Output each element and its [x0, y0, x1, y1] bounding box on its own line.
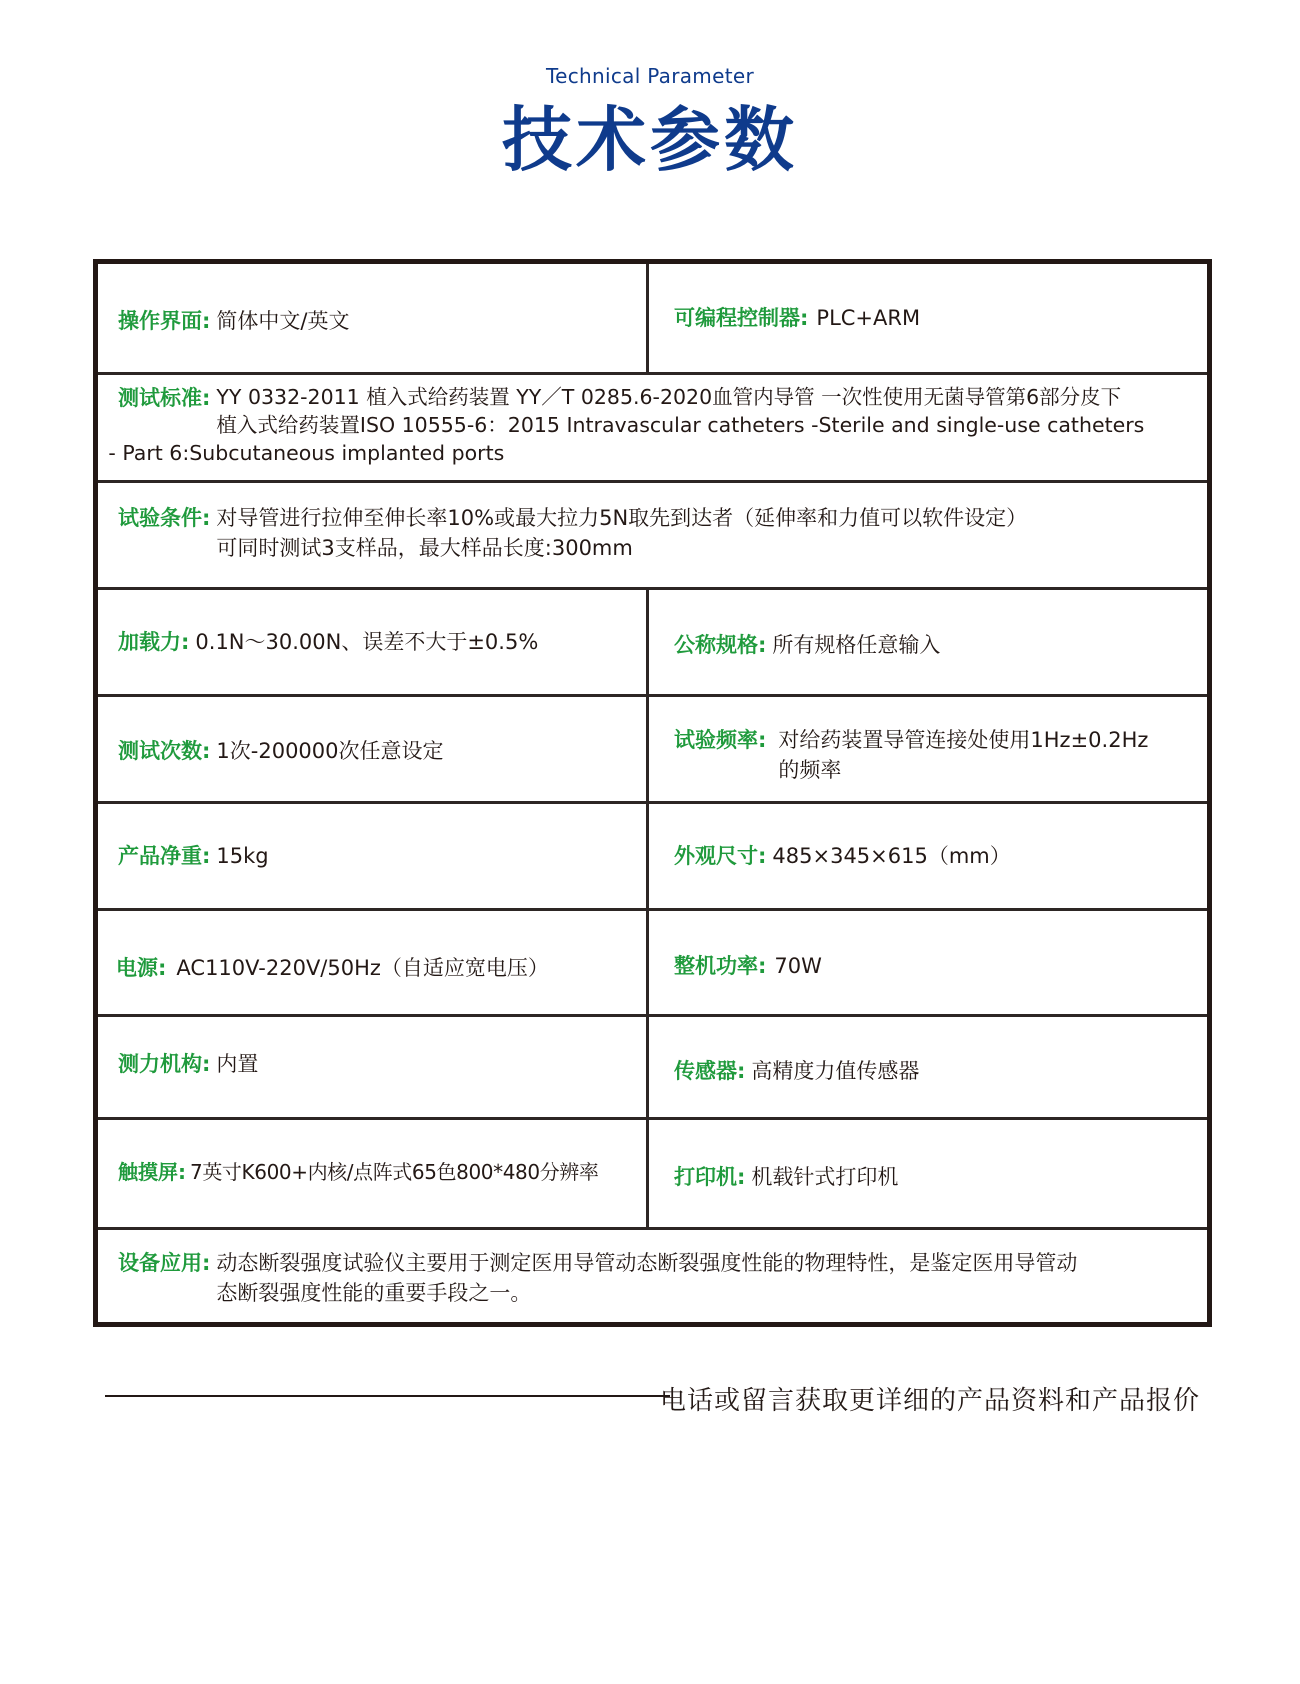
- spec-row: 触摸屏: 7英寸K600+内核/点阵式65色800*480分辨率 打印机: 机载…: [98, 1120, 1207, 1230]
- page-subtitle: Technical Parameter: [0, 64, 1300, 88]
- spec-value: 0.1N～30.00N、误差不大于±0.5%: [195, 627, 538, 657]
- spec-row: 加载力: 0.1N～30.00N、误差不大于±0.5% 公称规格: 所有规格任意…: [98, 590, 1207, 697]
- spec-label: 触摸屏:: [118, 1157, 186, 1187]
- spec-row: 试验条件: 对导管进行拉伸至伸长率10%或最大拉力5N取先到达者（延伸率和力值可…: [98, 483, 1207, 590]
- spec-label: 试验条件:: [118, 503, 210, 533]
- spec-value-line: YY 0332-2011 植入式给药装置 YY／T 0285.6-2020血管内…: [216, 383, 1144, 411]
- spec-value-line: 可同时测试3支样品，最大样品长度:300mm: [216, 533, 1027, 563]
- spec-value: 对导管进行拉伸至伸长率10%或最大拉力5N取先到达者（延伸率和力值可以软件设定）…: [216, 503, 1027, 563]
- spec-cell-controller: 可编程控制器: PLC+ARM: [649, 264, 1207, 372]
- spec-value-line: 植入式给药装置ISO 10555-6：2015 Intravascular ca…: [216, 411, 1144, 439]
- spec-label: 可编程控制器:: [674, 303, 808, 333]
- footer-contact-text: 电话或留言获取更详细的产品资料和产品报价: [660, 1380, 1200, 1417]
- spec-value: 70W: [774, 951, 822, 981]
- spec-cell-application: 设备应用: 动态断裂强度试验仪主要用于测定医用导管动态断裂强度性能的物理特性，是…: [98, 1230, 1207, 1322]
- spec-cell-power-supply: 电源: AC110V-220V/50Hz（自适应宽电压）: [98, 911, 649, 1014]
- spec-label: 公称规格:: [674, 630, 766, 660]
- spec-cell-sensor: 传感器: 高精度力值传感器: [649, 1017, 1207, 1117]
- spec-value: 内置: [216, 1049, 258, 1079]
- spec-label: 测试标准:: [118, 383, 210, 413]
- spec-value: 所有规格任意输入: [772, 630, 940, 660]
- spec-value: 15kg: [216, 841, 268, 871]
- spec-cell-test-count: 测试次数: 1次-200000次任意设定: [98, 697, 649, 801]
- spec-label: 测试次数:: [118, 736, 210, 766]
- page-title: 技术参数: [0, 98, 1300, 182]
- spec-row: 操作界面: 简体中文/英文 可编程控制器: PLC+ARM: [98, 264, 1207, 375]
- spec-cell-load: 加载力: 0.1N～30.00N、误差不大于±0.5%: [98, 590, 649, 694]
- spec-cell-frequency: 试验频率: 对给药装置导管连接处使用1Hz±0.2Hz 的频率: [649, 697, 1207, 801]
- spec-value: PLC+ARM: [816, 303, 920, 333]
- spec-label: 打印机:: [674, 1162, 745, 1192]
- spec-label: 加载力:: [118, 627, 189, 657]
- spec-value: 简体中文/英文: [216, 306, 349, 336]
- spec-value-line: 的频率: [778, 755, 1148, 785]
- spec-value: 机载针式打印机: [751, 1162, 898, 1192]
- spec-value: 高精度力值传感器: [751, 1056, 919, 1086]
- spec-value-line: 动态断裂强度试验仪主要用于测定医用导管动态断裂强度性能的物理特性，是鉴定医用导管…: [216, 1248, 1077, 1278]
- footer-divider: [105, 1395, 670, 1397]
- spec-cell-interface: 操作界面: 简体中文/英文: [98, 264, 649, 372]
- spec-cell-nominal-spec: 公称规格: 所有规格任意输入: [649, 590, 1207, 694]
- spec-value-line: 对导管进行拉伸至伸长率10%或最大拉力5N取先到达者（延伸率和力值可以软件设定）: [216, 503, 1027, 533]
- spec-label: 设备应用:: [118, 1248, 210, 1278]
- spec-row: 产品净重: 15kg 外观尺寸: 485×345×615（mm）: [98, 804, 1207, 911]
- spec-cell-force-mechanism: 测力机构: 内置: [98, 1017, 649, 1117]
- spec-value: 7英寸K600+内核/点阵式65色800*480分辨率: [190, 1157, 599, 1187]
- spec-row: 电源: AC110V-220V/50Hz（自适应宽电压） 整机功率: 70W: [98, 911, 1207, 1017]
- spec-cell-power: 整机功率: 70W: [649, 911, 1207, 1014]
- spec-cell-touchscreen: 触摸屏: 7英寸K600+内核/点阵式65色800*480分辨率: [98, 1120, 649, 1227]
- spec-row: 设备应用: 动态断裂强度试验仪主要用于测定医用导管动态断裂强度性能的物理特性，是…: [98, 1230, 1207, 1322]
- spec-cell-conditions: 试验条件: 对导管进行拉伸至伸长率10%或最大拉力5N取先到达者（延伸率和力值可…: [98, 483, 1207, 587]
- spec-row: 测试标准: YY 0332-2011 植入式给药装置 YY／T 0285.6-2…: [98, 375, 1207, 483]
- spec-label: 产品净重:: [118, 841, 210, 871]
- spec-row: 测力机构: 内置 传感器: 高精度力值传感器: [98, 1017, 1207, 1120]
- spec-value: 对给药装置导管连接处使用1Hz±0.2Hz 的频率: [778, 725, 1148, 785]
- spec-label: 传感器:: [674, 1056, 745, 1086]
- spec-value: 动态断裂强度试验仪主要用于测定医用导管动态断裂强度性能的物理特性，是鉴定医用导管…: [216, 1248, 1077, 1308]
- spec-label: 电源:: [116, 953, 166, 983]
- spec-cell-net-weight: 产品净重: 15kg: [98, 804, 649, 908]
- spec-label: 测力机构:: [118, 1049, 210, 1079]
- spec-value-line: - Part 6:Subcutaneous implanted ports: [108, 439, 1144, 467]
- spec-value-line: 态断裂强度性能的重要手段之一。: [216, 1278, 1077, 1308]
- spec-value: AC110V-220V/50Hz（自适应宽电压）: [176, 953, 549, 983]
- spec-cell-dimensions: 外观尺寸: 485×345×615（mm）: [649, 804, 1207, 908]
- spec-cell-standard: 测试标准: YY 0332-2011 植入式给药装置 YY／T 0285.6-2…: [98, 375, 1207, 480]
- spec-label: 整机功率:: [674, 951, 766, 981]
- spec-value: 485×345×615（mm）: [772, 841, 1010, 871]
- spec-label: 外观尺寸:: [674, 841, 766, 871]
- spec-value: 1次-200000次任意设定: [216, 736, 443, 766]
- spec-row: 测试次数: 1次-200000次任意设定 试验频率: 对给药装置导管连接处使用1…: [98, 697, 1207, 804]
- spec-value: YY 0332-2011 植入式给药装置 YY／T 0285.6-2020血管内…: [216, 383, 1144, 467]
- spec-value-line: 对给药装置导管连接处使用1Hz±0.2Hz: [778, 725, 1148, 755]
- spec-cell-printer: 打印机: 机载针式打印机: [649, 1120, 1207, 1227]
- spec-table: 操作界面: 简体中文/英文 可编程控制器: PLC+ARM 测试标准: YY 0…: [93, 259, 1212, 1327]
- spec-label: 试验频率:: [674, 725, 766, 755]
- spec-label: 操作界面:: [118, 306, 210, 336]
